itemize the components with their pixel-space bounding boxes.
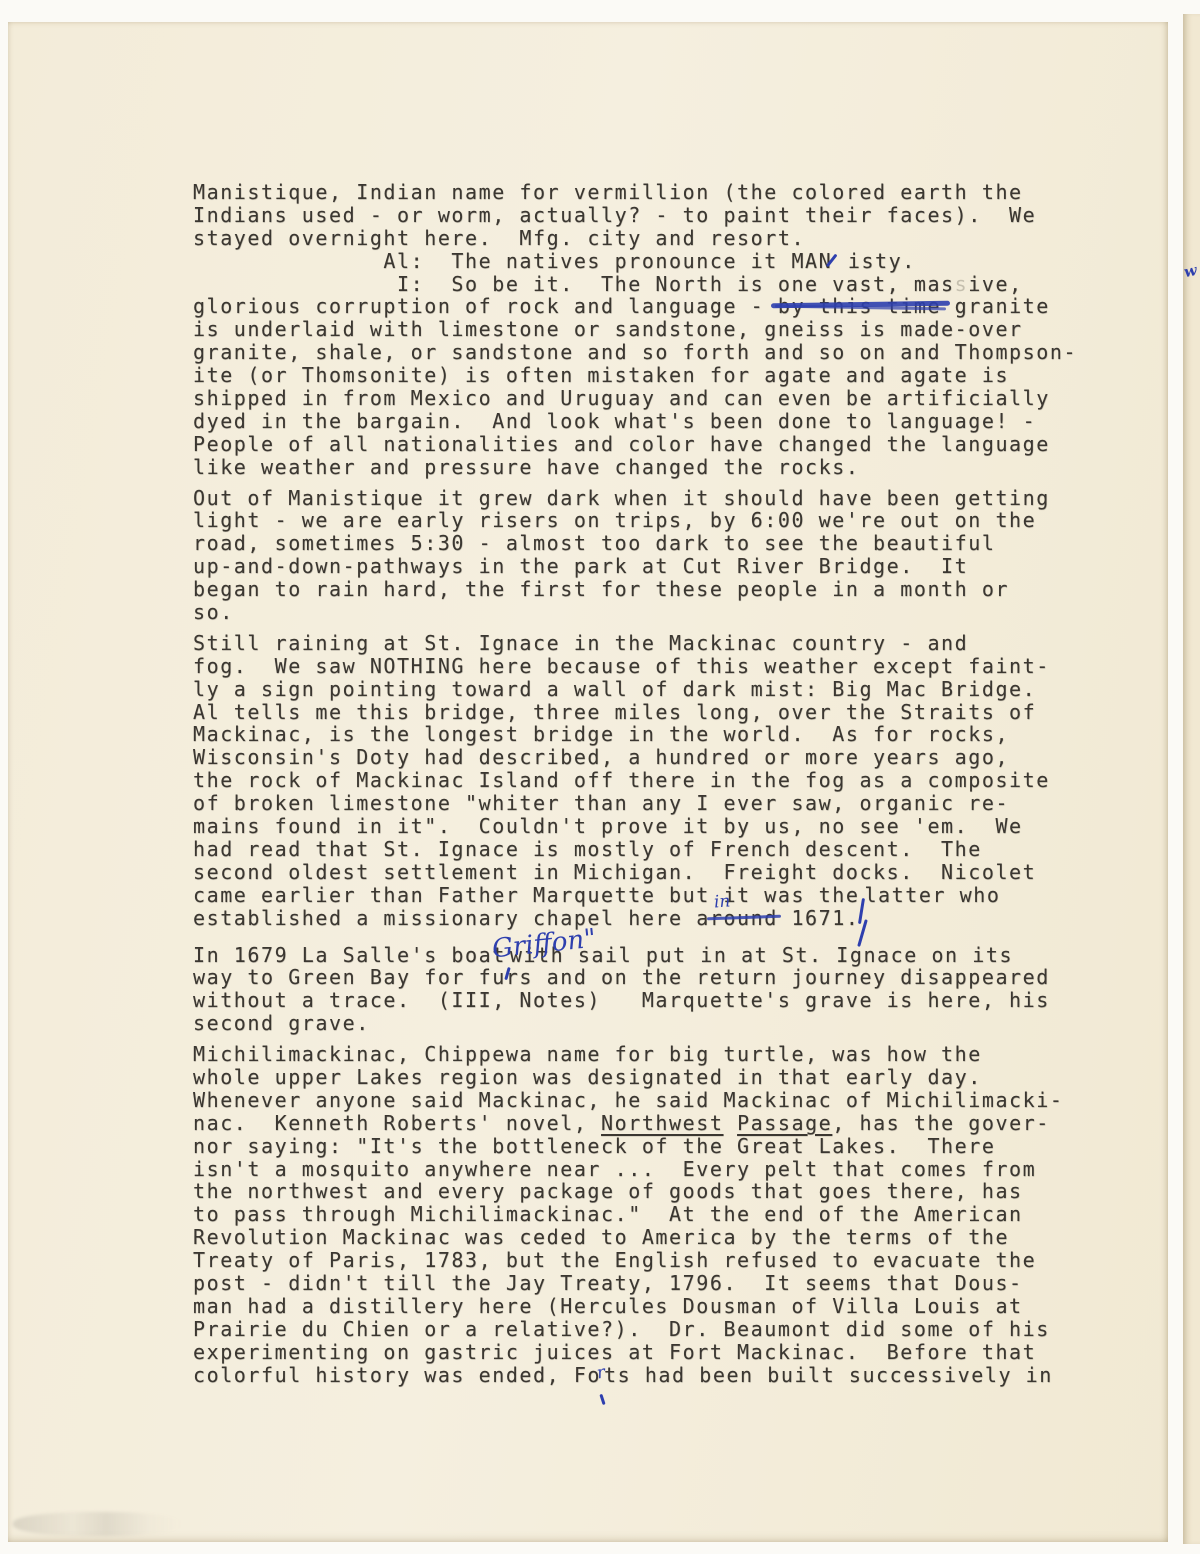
typewritten-line: mains found in it". Couldn't prove it by… bbox=[193, 815, 1077, 838]
typed-text: granite, shale, or sandstone and so fort… bbox=[193, 340, 1077, 364]
typed-text: the northwest and every package of goods… bbox=[193, 1179, 1023, 1203]
typewritten-line: Indians used - or worm, actually? - to p… bbox=[193, 204, 1077, 227]
typed-text: nac. Kenneth Roberts' novel, bbox=[193, 1111, 601, 1135]
typewritten-line: to pass through Michilimackinac." At the… bbox=[193, 1203, 1077, 1226]
typewritten-line: whole upper Lakes region was designated … bbox=[193, 1066, 1077, 1089]
typewritten-line: experimenting on gastric juices at Fort … bbox=[193, 1341, 1077, 1364]
typewritten-line: ly a sign pointing toward a wall of dark… bbox=[193, 678, 1077, 701]
typewritten-line: post - didn't till the Jay Treaty, 1796.… bbox=[193, 1272, 1077, 1295]
typed-text: light - we are early risers on trips, by… bbox=[193, 508, 1036, 532]
smudge-mark bbox=[13, 1512, 183, 1536]
typewritten-line: up-and-down-pathways in the park at Cut … bbox=[193, 555, 1077, 578]
typewritten-line: like weather and pressure have changed t… bbox=[193, 456, 1077, 479]
typed-text: Al tells me this bridge, three miles lon… bbox=[193, 700, 1036, 724]
typed-text: Out of Manistique it grew dark when it s… bbox=[193, 486, 1050, 510]
typed-text: up-and-down-pathways in the park at Cut … bbox=[193, 554, 968, 578]
typewritten-line: man had a distillery here (Hercules Dous… bbox=[193, 1295, 1077, 1318]
typewritten-line: Whenever anyone said Mackinac, he said M… bbox=[193, 1089, 1077, 1112]
typed-text: isn't a mosquito anywhere near ... Every… bbox=[193, 1157, 1036, 1181]
typed-text: colorful history was ended, Fo bbox=[193, 1363, 601, 1387]
typed-text: established a missionary chapel here a bbox=[193, 906, 710, 930]
typewritten-line: began to rain hard, the first for these … bbox=[193, 578, 1077, 601]
typed-text: Prairie du Chien or a relative?). Dr. Be… bbox=[193, 1317, 1050, 1341]
typewritten-line: so. bbox=[193, 601, 1077, 624]
typed-text bbox=[723, 1111, 737, 1135]
typed-text: second oldest settlement in Michigan. Fr… bbox=[193, 860, 1036, 884]
typed-text: had read that St. Ignace is mostly of Fr… bbox=[193, 837, 982, 861]
typed-text: experimenting on gastric juices at Fort … bbox=[193, 1340, 1036, 1364]
typewritten-line: way to Green Bay for furs and on the ret… bbox=[193, 966, 1077, 989]
paragraph: In 1679 La Salle's boatGriffon"with sail… bbox=[193, 944, 1077, 1036]
typed-text: whole upper Lakes region was designated … bbox=[193, 1065, 982, 1089]
typewritten-line: the northwest and every package of goods… bbox=[193, 1180, 1077, 1203]
typed-text: Mackinac, is the longest bridge in the w… bbox=[193, 722, 1009, 746]
typewritten-line: Treaty of Paris, 1783, but the English r… bbox=[193, 1249, 1077, 1272]
ink-mark-adjacent-page: w bbox=[1183, 261, 1199, 281]
typewritten-line: In 1679 La Salle's boatGriffon"with sail… bbox=[193, 944, 1077, 967]
typewritten-line: dyed in the bargain. And look what's bee… bbox=[193, 410, 1077, 433]
paragraph: Out of Manistique it grew dark when it s… bbox=[193, 487, 1077, 624]
typewritten-line: without a trace. (III, Notes) Marquette'… bbox=[193, 989, 1077, 1012]
typed-text: dyed in the bargain. And look what's bee… bbox=[193, 409, 1036, 433]
typed-text: ly a sign pointing toward a wall of dark… bbox=[193, 677, 1036, 701]
typewritten-line: nor saying: "It's the bottleneck of the … bbox=[193, 1135, 1077, 1158]
typewritten-text-block: Manistique, Indian name for vermillion (… bbox=[193, 181, 1077, 1386]
typed-text: began to rain hard, the first for these … bbox=[193, 577, 1009, 601]
typewritten-line: shipped in from Mexico and Uruguay and c… bbox=[193, 387, 1077, 410]
typewritten-line: light - we are early risers on trips, by… bbox=[193, 509, 1077, 532]
typed-text: like weather and pressure have changed t… bbox=[193, 455, 859, 479]
typewritten-line: Mackinac, is the longest bridge in the w… bbox=[193, 723, 1077, 746]
typed-text: Revolution Mackinac was ceded to America… bbox=[193, 1225, 1009, 1249]
typed-text: Passage bbox=[737, 1111, 832, 1135]
typewritten-line: granite, shale, or sandstone and so fort… bbox=[193, 341, 1077, 364]
typewritten-line: of broken limestone "whiter than any I e… bbox=[193, 792, 1077, 815]
typewritten-line: glorious corruption of rock and language… bbox=[193, 295, 1077, 318]
typed-text: shipped in from Mexico and Uruguay and c… bbox=[193, 386, 1050, 410]
typed-text: road, sometimes 5:30 - almost too dark t… bbox=[193, 531, 995, 555]
typed-text: way to Green Bay for furs and on the ret… bbox=[193, 965, 1050, 989]
paragraph: Still raining at St. Ignace in the Macki… bbox=[193, 632, 1077, 930]
typewritten-line: Al: The natives pronounce it MAN isty. bbox=[193, 250, 1077, 273]
typewritten-line: Out of Manistique it grew dark when it s… bbox=[193, 487, 1077, 510]
typed-text: isty. bbox=[834, 249, 916, 273]
typewritten-line: Al tells me this bridge, three miles lon… bbox=[193, 701, 1077, 724]
paragraph: Manistique, Indian name for vermillion (… bbox=[193, 181, 1077, 479]
typed-text: stayed overnight here. Mfg. city and res… bbox=[193, 226, 805, 250]
typed-text: without a trace. (III, Notes) Marquette'… bbox=[193, 988, 1050, 1012]
typewritten-line: nac. Kenneth Roberts' novel, Northwest P… bbox=[193, 1112, 1077, 1135]
typewritten-line: fog. We saw NOTHING here because of this… bbox=[193, 655, 1077, 678]
typewritten-line: road, sometimes 5:30 - almost too dark t… bbox=[193, 532, 1077, 555]
typed-text: fog. We saw NOTHING here because of this… bbox=[193, 654, 1050, 678]
typed-text: latter who bbox=[864, 883, 1000, 907]
typed-text: Michilimackinac, Chippewa name for big t… bbox=[193, 1042, 982, 1066]
typed-text: I: So be it. The North is one vast, mas bbox=[193, 272, 955, 296]
typed-text: came earlier than Father Marquette but i… bbox=[193, 883, 859, 907]
handwritten-annotation: in bbox=[713, 890, 731, 914]
typed-text: Wisconsin's Doty had described, a hundre… bbox=[193, 745, 1009, 769]
adjacent-page-edge: w bbox=[1183, 14, 1200, 1544]
typed-text: by this time bbox=[778, 294, 941, 318]
typewritten-line: the rock of Mackinac Island off there in… bbox=[193, 769, 1077, 792]
typewritten-line: second oldest settlement in Michigan. Fr… bbox=[193, 861, 1077, 884]
typewritten-line: People of all nationalities and color ha… bbox=[193, 433, 1077, 456]
typed-text: nor saying: "It's the bottleneck of the … bbox=[193, 1134, 995, 1158]
typed-text: granite bbox=[941, 294, 1050, 318]
typewritten-line: I: So be it. The North is one vast, mass… bbox=[193, 273, 1077, 296]
typed-text: In 1679 La Salle's boat bbox=[193, 943, 506, 967]
typed-text: Manistique, Indian name for vermillion (… bbox=[193, 180, 1023, 204]
typed-text: so. bbox=[193, 600, 234, 624]
typewritten-line: stayed overnight here. Mfg. city and res… bbox=[193, 227, 1077, 250]
typed-text: glorious corruption of rock and language… bbox=[193, 294, 778, 318]
typewritten-line: Michilimackinac, Chippewa name for big t… bbox=[193, 1043, 1077, 1066]
typewritten-line: came earlier than Father Marquette but i… bbox=[193, 884, 1077, 907]
typed-text: Indians used - or worm, actually? - to p… bbox=[193, 203, 1036, 227]
typed-text: to pass through Michilimackinac." At the… bbox=[193, 1202, 1023, 1226]
scanned-typescript-page: Manistique, Indian name for vermillion (… bbox=[0, 0, 1200, 1554]
typed-text: is underlaid with limestone or sandstone… bbox=[193, 317, 1023, 341]
typed-text: of broken limestone "whiter than any I e… bbox=[193, 791, 1009, 815]
typewritten-line: Wisconsin's Doty had described, a hundre… bbox=[193, 746, 1077, 769]
typed-text: Al: The natives pronounce it MAN bbox=[193, 249, 832, 273]
typed-text: Whenever anyone said Mackinac, he said M… bbox=[193, 1088, 1063, 1112]
typed-text: Northwest bbox=[601, 1111, 723, 1135]
typewritten-line: Prairie du Chien or a relative?). Dr. Be… bbox=[193, 1318, 1077, 1341]
typed-text: man had a distillery here (Hercules Dous… bbox=[193, 1294, 1023, 1318]
typed-text: Treaty of Paris, 1783, but the English r… bbox=[193, 1248, 1036, 1272]
typed-text: roundin bbox=[710, 906, 778, 930]
typed-text: Still raining at St. Ignace in the Macki… bbox=[193, 631, 968, 655]
typed-text: mains found in it". Couldn't prove it by… bbox=[193, 814, 1023, 838]
typed-text: 1671. bbox=[778, 906, 860, 930]
typewritten-line: had read that St. Ignace is mostly of Fr… bbox=[193, 838, 1077, 861]
typewritten-line: established a missionary chapel here aro… bbox=[193, 907, 1077, 930]
typewritten-line: colorful history was ended, Forts had be… bbox=[193, 1364, 1077, 1387]
typed-text: post - didn't till the Jay Treaty, 1796.… bbox=[193, 1271, 1023, 1295]
typewritten-line: is underlaid with limestone or sandstone… bbox=[193, 318, 1077, 341]
typed-text: the rock of Mackinac Island off there in… bbox=[193, 768, 1050, 792]
typed-text: second grave. bbox=[193, 1011, 370, 1035]
typewritten-line: Manistique, Indian name for vermillion (… bbox=[193, 181, 1077, 204]
typed-text: ite (or Thomsonite) is often mistaken fo… bbox=[193, 363, 1009, 387]
typewritten-line: second grave. bbox=[193, 1012, 1077, 1035]
typewritten-line: Revolution Mackinac was ceded to America… bbox=[193, 1226, 1077, 1249]
typed-text: People of all nationalities and color ha… bbox=[193, 432, 1050, 456]
typed-text: ive, bbox=[968, 272, 1022, 296]
paragraph: Michilimackinac, Chippewa name for big t… bbox=[193, 1043, 1077, 1386]
typed-text: , has the gover- bbox=[832, 1111, 1050, 1135]
typewritten-line: Still raining at St. Ignace in the Macki… bbox=[193, 632, 1077, 655]
typed-text: s bbox=[955, 272, 969, 296]
typed-text: ts had been built successively in bbox=[604, 1363, 1053, 1387]
typewritten-line: ite (or Thomsonite) is often mistaken fo… bbox=[193, 364, 1077, 387]
typewritten-line: isn't a mosquito anywhere near ... Every… bbox=[193, 1158, 1077, 1181]
